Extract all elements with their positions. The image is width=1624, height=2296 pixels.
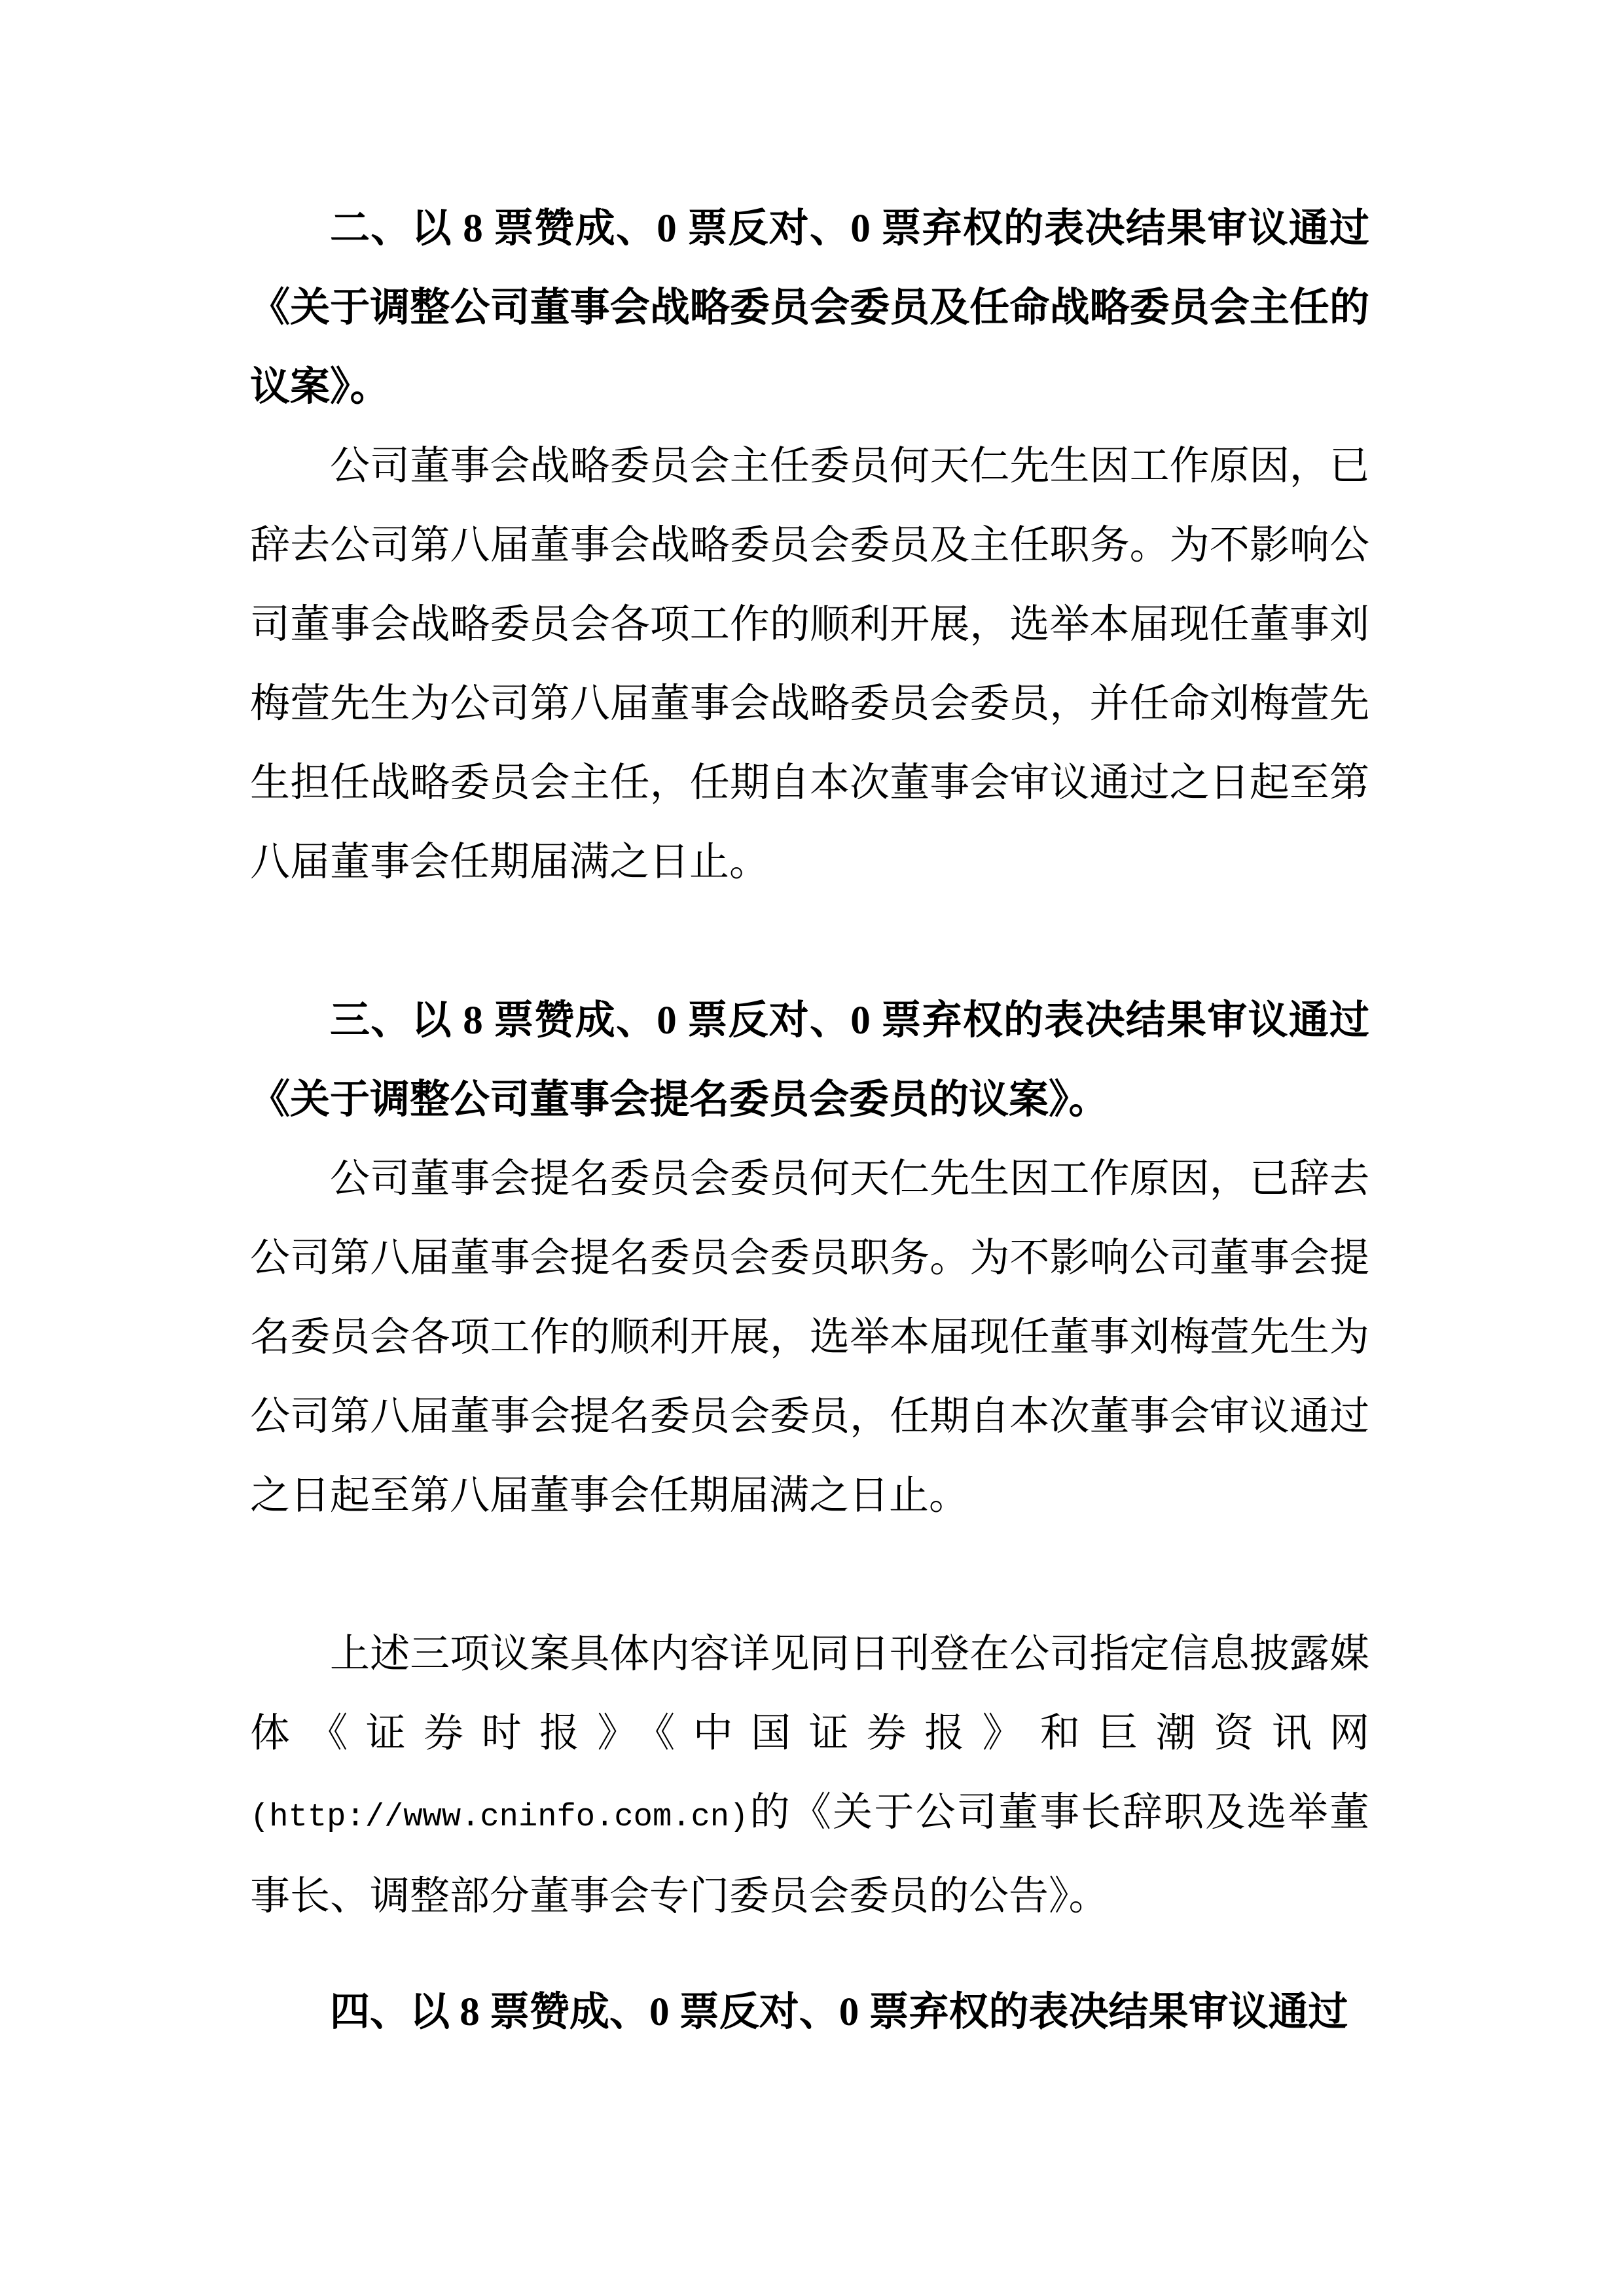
blank-line	[250, 1936, 1369, 1973]
section-3-body: 公司董事会提名委员会委员何天仁先生因工作原因，已辞去公司第八届董事会提名委员会委…	[250, 1139, 1369, 1535]
cninfo-url: (http://www.cninfo.com.cn)	[250, 1799, 748, 1835]
blank-line	[250, 1535, 1369, 1615]
section-2-heading: 二、以 8 票赞成、0 票反对、0 票弃权的表决结果审议通过《关于调整公司董事会…	[250, 189, 1369, 427]
section-4-heading: 四、以 8 票赞成、0 票反对、0 票弃权的表决结果审议通过	[250, 1973, 1369, 2052]
section-3-heading: 三、以 8 票赞成、0 票反对、0 票弃权的表决结果审议通过《关于调整公司董事会…	[250, 981, 1369, 1139]
document-page: 二、以 8 票赞成、0 票反对、0 票弃权的表决结果审议通过《关于调整公司董事会…	[0, 0, 1624, 2296]
section-2-body: 公司董事会战略委员会主任委员何天仁先生因工作原因，已辞去公司第八届董事会战略委员…	[250, 427, 1369, 902]
disclosure-notice: 上述三项议案具体内容详见同日刊登在公司指定信息披露媒体《证券时报》《中国证券报》…	[250, 1615, 1369, 1936]
blank-line	[250, 902, 1369, 981]
notice-text-before-url: 上述三项议案具体内容详见同日刊登在公司指定信息披露媒体《证券时报》《中国证券报》…	[250, 1632, 1369, 1755]
